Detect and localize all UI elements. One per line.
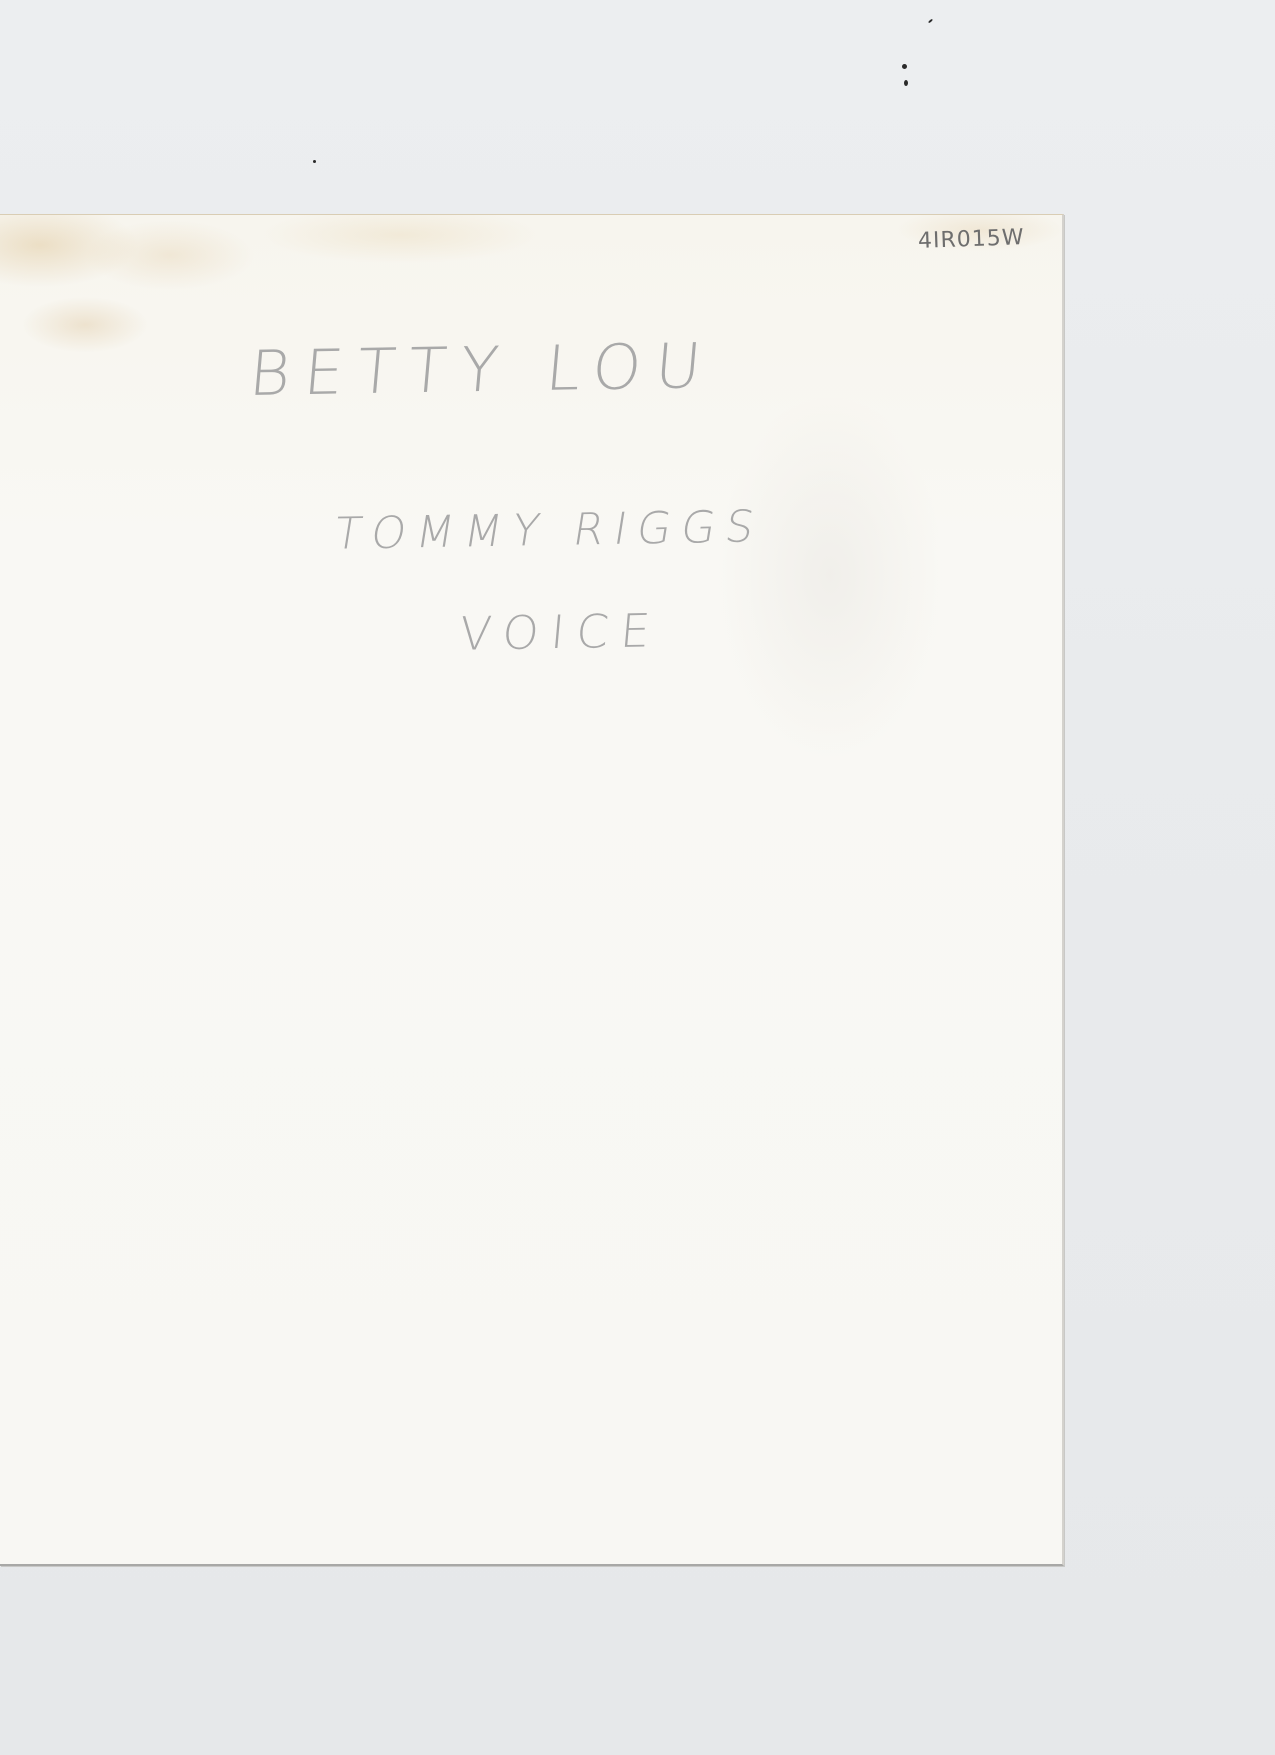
dust-speck: [904, 80, 908, 86]
handwritten-name-tommy-riggs: TOMMY RIGGS: [330, 501, 767, 559]
dust-speck: [928, 19, 933, 24]
catalog-number: 4IR015W: [918, 225, 1025, 254]
handwritten-name-betty-lou: BETTY LOU: [246, 329, 718, 410]
photo-back-paper: 4IR015W BETTY LOU TOMMY RIGGS VOICE: [0, 214, 1064, 1566]
dust-speck: [902, 64, 907, 69]
handwritten-note-voice: VOICE: [457, 603, 664, 661]
dust-speck: [313, 160, 316, 163]
